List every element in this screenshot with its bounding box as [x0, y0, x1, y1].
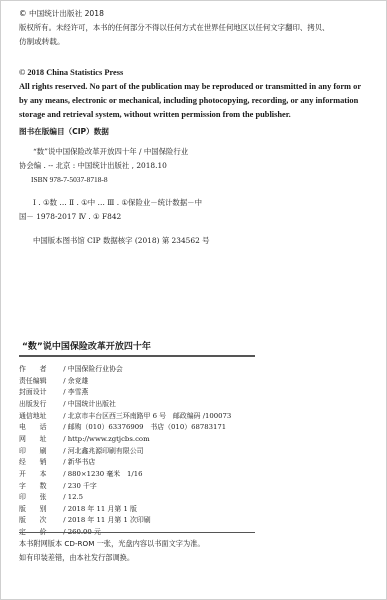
title-rule: [19, 355, 255, 357]
detail-separator: /: [61, 447, 68, 455]
detail-separator: /: [61, 505, 68, 513]
copyright-en-line1: © 2018 China Statistics Press: [19, 66, 123, 80]
detail-value: 北京市丰台区西三环南路甲 6 号 邮政编码 /100073: [68, 412, 232, 420]
detail-separator: /: [61, 435, 68, 443]
copyright-en-line2: All rights reserved. No part of the publ…: [19, 80, 361, 94]
detail-value: 河北鑫兆源印刷有限公司: [68, 447, 144, 455]
detail-value: 新华书店: [68, 458, 96, 466]
cip-heading: 图书在版编目（CIP）数据: [19, 125, 109, 139]
detail-separator: /: [61, 388, 68, 396]
cip-class-line2: 国－ 1978-2017 Ⅳ . ① F842: [19, 210, 121, 224]
copyright-en-line4: storage and retrieval system, without wr…: [19, 108, 291, 122]
book-title: “数”说中国保险改革开放四十年: [22, 339, 151, 352]
copyright-en-line3: by any means, electronic or mechanical, …: [19, 94, 358, 108]
detail-separator: /: [61, 470, 68, 478]
detail-value: 邮购（010）63376909 书店（010）68783171: [68, 423, 226, 431]
detail-value: 12.5: [68, 493, 83, 501]
detail-value: 李雪燕: [68, 388, 89, 396]
detail-separator: /: [61, 400, 68, 408]
cd-rom-note: 本书附网版本 CD-ROM 一张，光盘内容以书面文字为准。: [19, 537, 205, 551]
detail-separator: /: [61, 482, 68, 490]
detail-value: http://www.zgtjcbs.com: [68, 435, 150, 443]
details-rule: [19, 532, 255, 533]
detail-separator: /: [61, 377, 68, 385]
detail-value: 余竞雄: [68, 377, 89, 385]
detail-separator: /: [61, 423, 68, 431]
detail-value: 2018 年 11 月第 1 版: [68, 505, 137, 513]
detail-separator: /: [61, 458, 68, 466]
detail-separator: /: [61, 365, 68, 373]
cip-library-number: 中国版本图书馆 CIP 数据核字 (2018) 第 234562 号: [33, 234, 210, 248]
detail-separator: /: [61, 493, 68, 501]
cip-title-line2: 协会编 . -- 北京 : 中国统计出版社 , 2018.10: [19, 159, 167, 173]
detail-value: 中国统计出版社: [68, 400, 116, 408]
cip-title-line1: “数”说中国保险改革开放四十年 / 中国保险行业: [33, 145, 188, 159]
detail-value: 中国保险行业协会: [68, 365, 123, 373]
detail-separator: /: [61, 516, 68, 524]
detail-value: 880×1230 毫米 1/16: [68, 470, 143, 478]
detail-value: 230 千字: [68, 482, 97, 490]
cip-class-line1: Ⅰ . ①数 … Ⅱ . ①中 … Ⅲ . ①保险业－统计数据－中: [33, 196, 202, 210]
cip-isbn: ISBN 978-7-5037-8718-8: [31, 173, 108, 187]
detail-separator: /: [61, 412, 68, 420]
detail-value: 2018 年 11 月第 1 次印刷: [68, 516, 151, 524]
copyright-cn-line1: © 中国统计出版社 2018: [19, 7, 104, 21]
misprint-note: 如有印装差错，由本社发行部调换。: [19, 551, 134, 565]
copyright-cn-line3: 仿制或转载。: [19, 35, 65, 49]
copyright-cn-line2: 版权所有。未经许可，本书的任何部分不得以任何方式在世界任何地区以任何文字翻印、拷…: [19, 21, 329, 35]
